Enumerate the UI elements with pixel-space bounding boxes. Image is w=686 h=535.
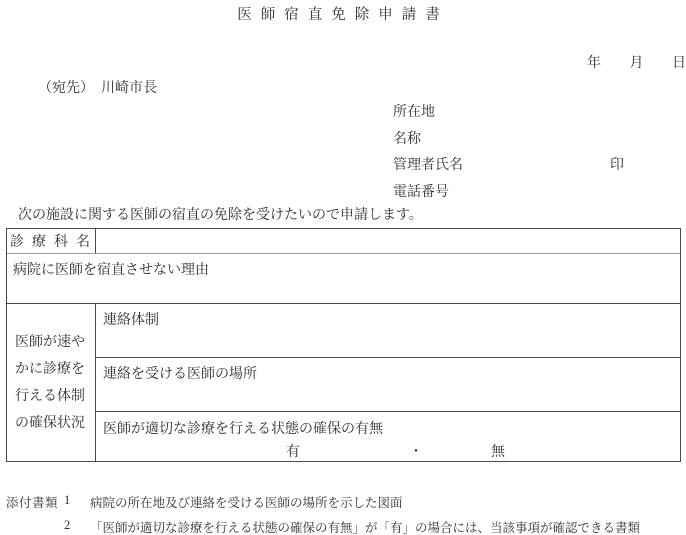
system-header-line: 行える体制 (15, 383, 95, 410)
attachment-text: 病院の所在地及び連絡を受ける医師の場所を示した図面 (90, 493, 403, 511)
option-yes: 有 (286, 441, 300, 461)
doctor-location-cell: 連絡を受ける医師の場所 (96, 358, 680, 412)
applicant-location-label: 所在地 (393, 101, 673, 128)
addressee-line: （宛先）川崎市長 (38, 77, 157, 97)
system-header-line: の確保状況 (15, 410, 95, 437)
system-header-line: かに診療を (15, 356, 95, 383)
intro-sentence: 次の施設に関する医師の宿直の免除を受けたいので申請します。 (18, 204, 423, 224)
day-label: 日 (672, 52, 686, 72)
system-header-cell: 医師が速や かに診療を 行える体制 の確保状況 (7, 304, 96, 461)
applicant-name-label: 名称 (393, 128, 673, 155)
availability-label: 医師が適切な診療を行える状態の確保の有無 (103, 422, 383, 437)
month-label: 月 (630, 52, 644, 72)
reason-row: 病院に医師を宿直させない理由 (7, 254, 680, 304)
attachment-number: 2 (64, 518, 70, 533)
form-title: 医師宿直免除申請書 (0, 3, 686, 24)
attachment-text: 「医師が適切な診療を行える状態の確保の有無」が「有」の場合には、当該事項が確認で… (90, 518, 640, 535)
applicant-block: 所在地 名称 管理者氏名 印 電話番号 (393, 101, 673, 207)
system-row: 医師が速や かに診療を 行える体制 の確保状況 連絡体制 連絡を受ける医師の場所… (7, 304, 680, 461)
contact-system-cell: 連絡体制 (96, 304, 680, 358)
system-detail-column: 連絡体制 連絡を受ける医師の場所 医師が適切な診療を行える状態の確保の有無 有 … (96, 304, 680, 461)
option-no: 無 (491, 441, 505, 461)
department-value-cell (96, 229, 680, 253)
date-line: 年 月 日 (587, 52, 686, 72)
applicant-manager-label: 管理者氏名 (393, 158, 463, 173)
addressee-prefix: （宛先） (38, 81, 94, 96)
availability-cell: 医師が適切な診療を行える状態の確保の有無 有 ・ 無 (96, 412, 680, 461)
applicant-phone-label: 電話番号 (393, 181, 673, 208)
option-separator-dot: ・ (409, 441, 423, 461)
application-form-page: 医師宿直免除申請書 年 月 日 （宛先）川崎市長 所在地 名称 管理者氏名 印 … (0, 0, 686, 535)
system-header-line: 医師が速や (15, 329, 95, 356)
addressee-name: 川崎市長 (101, 81, 157, 96)
department-row: 診療科名 (7, 229, 680, 254)
application-table: 診療科名 病院に医師を宿直させない理由 医師が速や かに診療を 行える体制 の確… (6, 228, 681, 462)
year-label: 年 (587, 52, 601, 72)
attachment-number: 1 (64, 493, 70, 508)
attachments-label: 添付書類 (6, 493, 58, 511)
applicant-manager-line: 管理者氏名 印 (393, 154, 673, 181)
department-label-cell: 診療科名 (7, 229, 96, 253)
seal-label: 印 (610, 154, 624, 174)
